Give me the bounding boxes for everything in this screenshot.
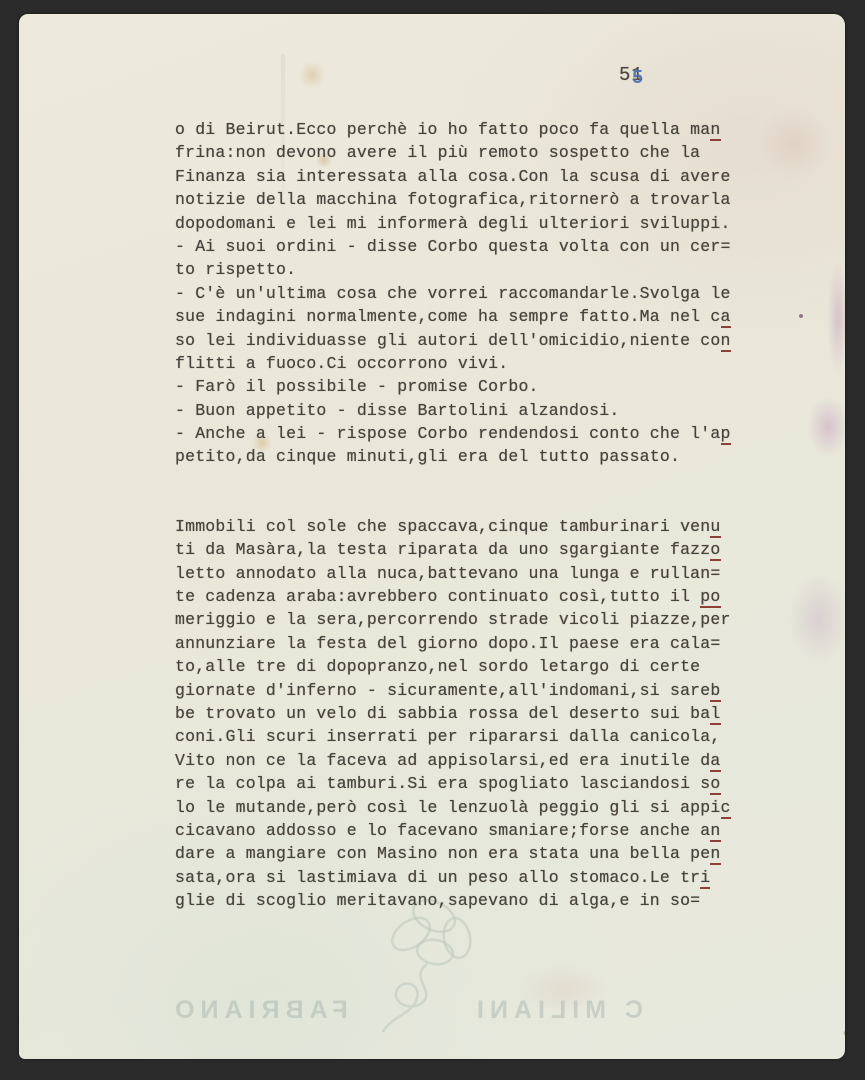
typescript-line: be trovato un velo di sabbia rossa del d…	[175, 702, 755, 725]
red-underline-segment: p	[721, 424, 731, 445]
line-text: flitti a fuoco.Ci occorrono vivi.	[175, 354, 508, 373]
typescript-line: annunziare la festa del giorno dopo.Il p…	[175, 632, 755, 655]
line-text: sue indagini normalmente,come ha sempre …	[175, 307, 721, 326]
typescript-line: sata,ora si lastimiava di un peso allo s…	[175, 866, 755, 889]
line-text: ti da Masàra,la testa riparata da uno sg…	[175, 540, 710, 559]
line-text: - Anche a lei - rispose Corbo rendendosi…	[175, 424, 721, 443]
typescript-body: o di Beirut.Ecco perchè io ho fatto poco…	[175, 118, 755, 913]
typescript-line: to,alle tre di dopopranzo,nel sordo leta…	[175, 655, 755, 678]
line-text: be trovato un velo di sabbia rossa del d…	[175, 704, 710, 723]
stain	[759, 104, 829, 184]
typescript-line: - Ai suoi ordini - disse Corbo questa vo…	[175, 235, 755, 258]
typescript-line: Finanza sia interessata alla cosa.Con la…	[175, 165, 755, 188]
red-underline-segment: a	[710, 751, 720, 772]
line-text: to rispetto.	[175, 260, 296, 279]
typescript-line: glie di scoglio meritavano,sapevano di a…	[175, 889, 755, 912]
line-text: - Farò il possibile - promise Corbo.	[175, 377, 539, 396]
typescript-line: so lei individuasse gli autori dell'omic…	[175, 329, 755, 352]
line-text: sata,ora si lastimiava di un peso allo s…	[175, 868, 700, 887]
typescript-line: giornate d'inferno - sicuramente,all'ind…	[175, 679, 755, 702]
typescript-line: Vito non ce la faceva ad appisolarsi,ed …	[175, 749, 755, 772]
red-underline-segment: o	[710, 774, 720, 795]
typescript-line: re la colpa ai tamburi.Si era spogliato …	[175, 772, 755, 795]
line-text: letto annodato alla nuca,battevano una l…	[175, 564, 721, 583]
typescript-line: cicavano addosso e lo facevano smaniare;…	[175, 819, 755, 842]
typescript-line: - Anche a lei - rispose Corbo rendendosi…	[175, 422, 755, 445]
line-text: frina:non devono avere il più remoto sos…	[175, 143, 700, 162]
line-text: te cadenza araba:avrebbero continuato co…	[175, 587, 700, 606]
page-number: 515	[619, 64, 644, 86]
red-underline-segment: n	[721, 331, 731, 352]
typescript-line: te cadenza araba:avrebbero continuato co…	[175, 585, 755, 608]
typescript-line: ti da Masàra,la testa riparata da uno sg…	[175, 538, 755, 561]
paper-page: C MILIANI FABRIANO 515 o di Beirut.Ecco …	[19, 14, 845, 1059]
line-text: giornate d'inferno - sicuramente,all'ind…	[175, 681, 710, 700]
stain	[799, 314, 803, 318]
line-text: coni.Gli scuri inserrati per ripararsi d…	[175, 727, 721, 746]
line-text: annunziare la festa del giorno dopo.Il p…	[175, 634, 721, 653]
line-text: - Buon appetito - disse Bartolini alzand…	[175, 401, 619, 420]
typescript-line: - Farò il possibile - promise Corbo.	[175, 375, 755, 398]
red-underline-segment: a	[721, 307, 731, 328]
line-text: o di Beirut.Ecco perchè io ho fatto poco…	[175, 120, 710, 139]
red-underline-segment: n	[710, 821, 720, 842]
line-text: lo le mutande,però così le lenzuolà pegg…	[175, 798, 721, 817]
red-underline-segment: l	[710, 704, 720, 725]
stain	[807, 396, 845, 458]
page-number-ink-correction: 5	[632, 67, 644, 89]
line-text: to,alle tre di dopopranzo,nel sordo leta…	[175, 657, 700, 676]
stain	[843, 1030, 845, 1036]
red-underline-segment: i	[700, 868, 710, 889]
page-number-overstrike: 15	[631, 64, 643, 86]
red-underline-segment: po	[700, 587, 720, 608]
line-text: Vito non ce la faceva ad appisolarsi,ed …	[175, 751, 710, 770]
typescript-line: Immobili col sole che spaccava,cinque ta…	[175, 515, 755, 538]
red-underline-segment: n	[710, 120, 720, 141]
red-underline-segment: n	[710, 844, 720, 865]
watermark-maker-name: C MILIANI	[471, 996, 643, 1025]
typescript-line: flitti a fuoco.Ci occorrono vivi.	[175, 352, 755, 375]
stain	[827, 264, 845, 374]
typescript-line: - Buon appetito - disse Bartolini alzand…	[175, 399, 755, 422]
line-text: - C'è un'ultima cosa che vorrei raccoman…	[175, 284, 731, 303]
page-number-typed-digit: 5	[619, 64, 631, 86]
line-text: meriggio e la sera,percorrendo strade vi…	[175, 610, 731, 629]
red-underline-segment: u	[710, 517, 720, 538]
typescript-line: sue indagini normalmente,come ha sempre …	[175, 305, 755, 328]
typescript-line: meriggio e la sera,percorrendo strade vi…	[175, 608, 755, 631]
line-text: re la colpa ai tamburi.Si era spogliato …	[175, 774, 710, 793]
line-text: glie di scoglio meritavano,sapevano di a…	[175, 891, 700, 910]
typescript-line: o di Beirut.Ecco perchè io ho fatto poco…	[175, 118, 755, 141]
typescript-line: frina:non devono avere il più remoto sos…	[175, 141, 755, 164]
line-text: notizie della macchina fotografica,ritor…	[175, 190, 731, 209]
line-text: dopodomani e lei mi informerà degli ulte…	[175, 214, 731, 233]
scan-background: { "page": { "number_typed": "5", "number…	[0, 0, 865, 1080]
typescript-line: lo le mutande,però così le lenzuolà pegg…	[175, 796, 755, 819]
typescript-line: letto annodato alla nuca,battevano una l…	[175, 562, 755, 585]
line-text: Finanza sia interessata alla cosa.Con la…	[175, 167, 731, 186]
red-underline-segment: c	[721, 798, 731, 819]
line-text: dare a mangiare con Masino non era stata…	[175, 844, 710, 863]
stain	[297, 62, 327, 88]
line-text: so lei individuasse gli autori dell'omic…	[175, 331, 721, 350]
paragraph: o di Beirut.Ecco perchè io ho fatto poco…	[175, 118, 755, 469]
typescript-line: - C'è un'ultima cosa che vorrei raccoman…	[175, 282, 755, 305]
typescript-line: coni.Gli scuri inserrati per ripararsi d…	[175, 725, 755, 748]
watermark: C MILIANI FABRIANO	[169, 996, 643, 1025]
typescript-line: dare a mangiare con Masino non era stata…	[175, 842, 755, 865]
line-text: Immobili col sole che spaccava,cinque ta…	[175, 517, 710, 536]
line-text: petito,da cinque minuti,gli era del tutt…	[175, 447, 680, 466]
stain	[789, 574, 845, 664]
line-text: cicavano addosso e lo facevano smaniare;…	[175, 821, 710, 840]
line-text: - Ai suoi ordini - disse Corbo questa vo…	[175, 237, 731, 256]
paragraph: Immobili col sole che spaccava,cinque ta…	[175, 515, 755, 913]
red-underline-segment: o	[710, 540, 720, 561]
typescript-line: dopodomani e lei mi informerà degli ulte…	[175, 212, 755, 235]
typescript-line: to rispetto.	[175, 258, 755, 281]
typescript-line: notizie della macchina fotografica,ritor…	[175, 188, 755, 211]
watermark-mill-name: FABRIANO	[169, 996, 348, 1025]
red-underline-segment: b	[710, 681, 720, 702]
typescript-line: petito,da cinque minuti,gli era del tutt…	[175, 445, 755, 468]
